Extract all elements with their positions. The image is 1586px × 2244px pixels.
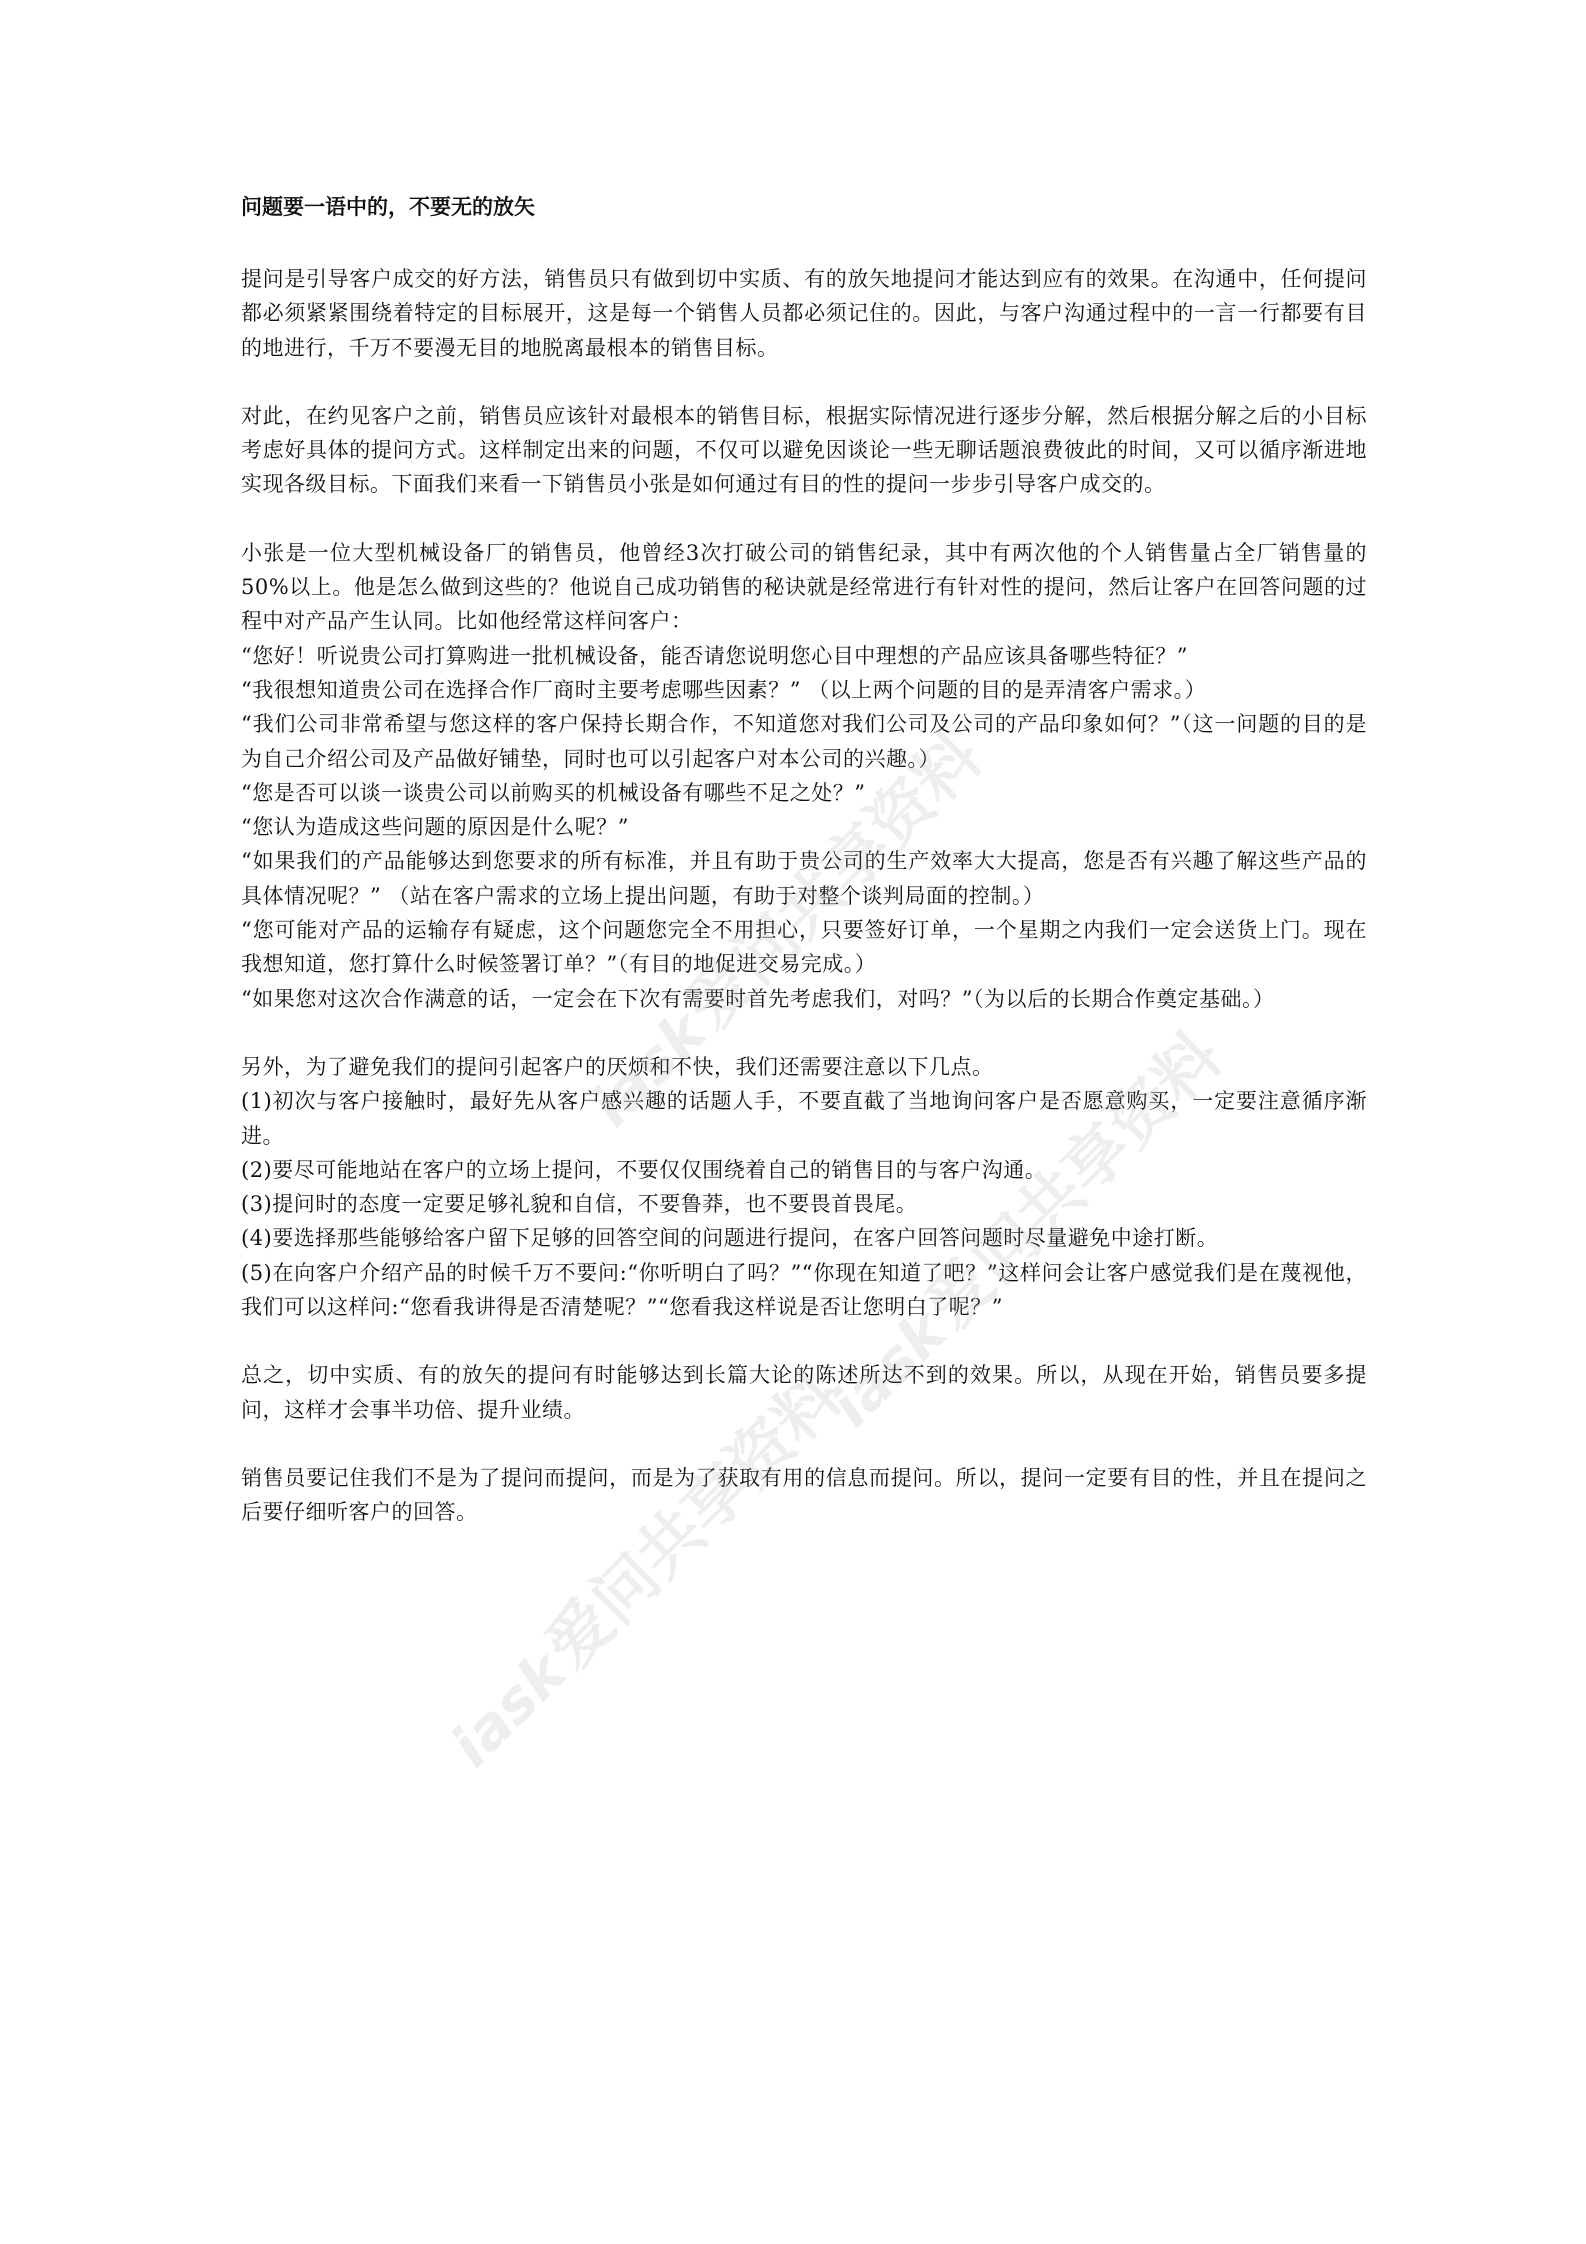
tip-item: (5)在向客户介绍产品的时候千万不要问:“你听明白了吗？”“你现在知道了吧？”这… [241, 1256, 1367, 1325]
paragraph-summary: 总之，切中实质、有的放矢的提问有时能够达到长篇大论的陈述所达不到的效果。所以，从… [241, 1358, 1367, 1427]
paragraph-line: 对此，在约见客户之前，销售员应该针对最根本的销售目标，根据实际情况进行逐步分解，… [241, 399, 1367, 502]
paragraph-example: 小张是一位大型机械设备厂的销售员，他曾经3次打破公司的销售纪录，其中有两次他的个… [241, 536, 1367, 1016]
example-question: “如果您对这次合作满意的话，一定会在下次有需要时首先考虑我们，对吗？”（为以后的… [241, 982, 1367, 1016]
document-page: 问题要一语中的，不要无的放矢 提问是引导客户成交的好方法，销售员只有做到切中实质… [241, 190, 1367, 1564]
paragraph-tips: 另外，为了避免我们的提问引起客户的厌烦和不快，我们还需要注意以下几点。 (1)初… [241, 1050, 1367, 1324]
example-question: “您好！听说贵公司打算购进一批机械设备，能否请您说明您心目中理想的产品应该具备哪… [241, 639, 1367, 673]
tip-item: (1)初次与客户接触时，最好先从客户感兴趣的话题人手，不要直截了当地询问客户是否… [241, 1084, 1367, 1153]
example-question: “我们公司非常希望与您这样的客户保持长期合作，不知道您对我们公司及公司的产品印象… [241, 707, 1367, 776]
watermark-logo-icon: iask [437, 1638, 579, 1780]
paragraph-line: 总之，切中实质、有的放矢的提问有时能够达到长篇大论的陈述所达不到的效果。所以，从… [241, 1358, 1367, 1427]
example-question: “我很想知道贵公司在选择合作厂商时主要考虑哪些因素？” （以上两个问题的目的是弄… [241, 673, 1367, 707]
example-question: “如果我们的产品能够达到您要求的所有标准，并且有助于贵公司的生产效率大大提高，您… [241, 844, 1367, 913]
tip-item: (2)要尽可能地站在客户的立场上提问，不要仅仅围绕着自己的销售目的与客户沟通。 [241, 1153, 1367, 1187]
tips-intro: 另外，为了避免我们的提问引起客户的厌烦和不快，我们还需要注意以下几点。 [241, 1050, 1367, 1084]
paragraph-line: 提问是引导客户成交的好方法，销售员只有做到切中实质、有的放矢地提问才能达到应有的… [241, 262, 1367, 365]
paragraph-intro: 提问是引导客户成交的好方法，销售员只有做到切中实质、有的放矢地提问才能达到应有的… [241, 262, 1367, 365]
example-question: “您是否可以谈一谈贵公司以前购买的机械设备有哪些不足之处？” [241, 776, 1367, 810]
example-question: “您认为造成这些问题的原因是什么呢？” [241, 810, 1367, 844]
tip-item: (4)要选择那些能够给客户留下足够的回答空间的问题进行提问，在客户回答问题时尽量… [241, 1221, 1367, 1255]
document-title: 问题要一语中的，不要无的放矢 [241, 190, 1367, 224]
paragraph-line: 销售员要记住我们不是为了提问而提问，而是为了获取有用的信息而提问。所以，提问一定… [241, 1461, 1367, 1530]
paragraph-preparation: 对此，在约见客户之前，销售员应该针对最根本的销售目标，根据实际情况进行逐步分解，… [241, 399, 1367, 502]
tip-item: (3)提问时的态度一定要足够礼貌和自信，不要鲁莽，也不要畏首畏尾。 [241, 1187, 1367, 1221]
example-question: “您可能对产品的运输存有疑虑，这个问题您完全不用担心，只要签好订单，一个星期之内… [241, 913, 1367, 982]
paragraph-line: 小张是一位大型机械设备厂的销售员，他曾经3次打破公司的销售纪录，其中有两次他的个… [241, 536, 1367, 639]
paragraph-conclusion: 销售员要记住我们不是为了提问而提问，而是为了获取有用的信息而提问。所以，提问一定… [241, 1461, 1367, 1530]
